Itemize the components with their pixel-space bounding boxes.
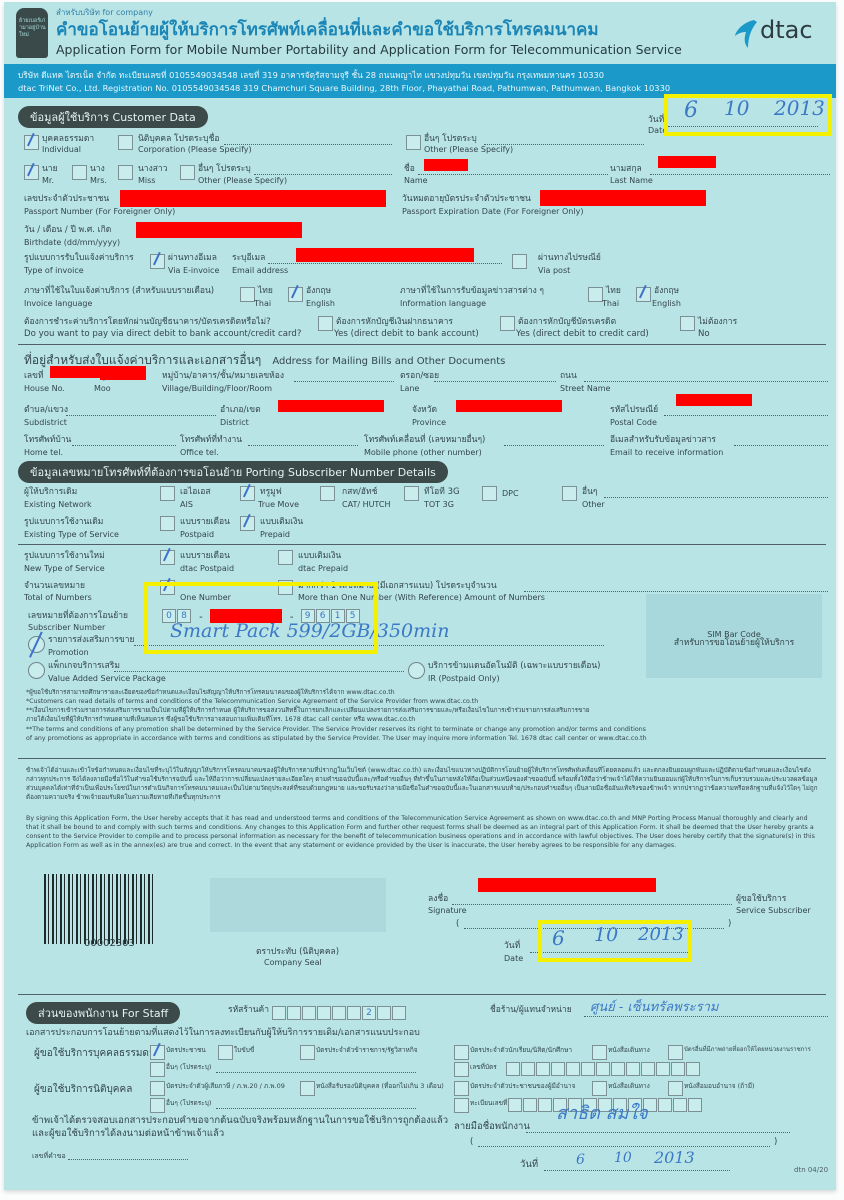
new-type-label-en: New Type of Service — [24, 564, 105, 573]
doc-license-checkbox[interactable] — [218, 1045, 233, 1060]
mr-checkbox[interactable] — [24, 165, 39, 180]
lastname-label-en: Last Name — [610, 176, 653, 185]
miss-label-en: Miss — [138, 176, 155, 185]
mr-label-en: Mr. — [42, 176, 54, 185]
cat-label-en: CAT/ HUTCH — [342, 500, 390, 509]
tot-label: ทีโอที 3G — [424, 488, 460, 498]
doc-passport-label: หนังสือเดินทาง — [608, 1047, 650, 1054]
shop-code-label: รหัสร้านค้า — [228, 1006, 269, 1016]
truemove-checkbox[interactable] — [240, 486, 255, 501]
debit-bank-label: ต้องการหักบัญชีเงินฝากธนาคาร — [336, 318, 453, 328]
einvoice-checkbox[interactable] — [150, 254, 165, 269]
verify-text-2: และผู้ขอใช้บริการได้ลงนามต่อหน้าข้าพเจ้า… — [32, 1129, 224, 1140]
dtac-logo-icon — [734, 18, 756, 48]
sim-barcode-label-th: สำหรับการขอโอนย้ายผู้ให้บริการ — [646, 639, 822, 649]
district-redacted[interactable] — [278, 400, 384, 412]
verify-text-1: ข้าพเจ้าได้ตรวจสอบเอกสารประกอบคำขอจากต้น… — [32, 1116, 448, 1127]
truemove-label: ทรูมูฟ — [260, 488, 282, 498]
debit-no-label-en: No — [698, 330, 710, 340]
info-thai-label-en: Thai — [602, 299, 619, 308]
service-subscriber-label: ผู้ขอใช้บริการ — [736, 895, 786, 905]
ir-label-en: IR (Postpaid Only) — [428, 674, 500, 683]
existing-network-label-en: Existing Network — [24, 500, 92, 509]
staff-section-title: ส่วนของพนักงาน For Staff — [26, 1002, 180, 1024]
other-type-label: อื่นๆ โปรดระบุ — [424, 135, 477, 145]
address-th: บริษัท ดีแทค ไตรเน็ต จำกัด ทะเบียนเลขที่… — [18, 68, 604, 82]
einvoice-label: ผ่านทางอีเมล — [168, 254, 217, 264]
ais-checkbox[interactable] — [160, 486, 175, 501]
customer-data-title: ข้อมูลผู้ใช้บริการ Customer Data — [18, 106, 208, 128]
company-address-banner: บริษัท ดีแทค ไตรเน็ต จำกัด ทะเบียนเลขที่… — [4, 64, 836, 98]
shop-code-box[interactable] — [347, 1006, 361, 1020]
corporation-label: นิติบุคคล โปรดระบุชื่อ — [138, 135, 219, 145]
subscriber-number-label: เลขหมายที่ต้องการโอนย้าย — [28, 612, 128, 622]
sim-barcode-area: SIM Bar Code สำหรับการขอโอนย้ายผู้ให้บริ… — [646, 594, 822, 678]
new-postpaid-checkbox[interactable] — [160, 550, 175, 565]
title-other-checkbox[interactable] — [180, 165, 195, 180]
receipt-label: เลขที่คำขอ — [32, 1152, 66, 1160]
doc-card-number-label: เลขที่บัตร — [470, 1064, 497, 1071]
doc-gov-card-label: บัตรประจำตัวข้าราชการ/รัฐวิสาหกิจ — [316, 1047, 418, 1054]
name-field-redacted[interactable] — [424, 159, 468, 171]
barcode-number: 00002303 — [84, 938, 135, 949]
direct-debit-question: ต้องการชำระค่าบริการโดยหักผ่านบัญชีธนาคา… — [24, 318, 271, 328]
info-language-label-en: Information language — [400, 299, 486, 308]
lastname-field-redacted[interactable] — [658, 156, 716, 168]
doc-id-card-label: บัตรประชาชน — [166, 1047, 206, 1054]
note-th-3: ภายใต้เงื่อนไขที่ผู้ให้บริการกำหนดตามที่… — [26, 715, 826, 724]
doc-corp-other-label: อื่นๆ (โปรดระบุ) — [166, 1100, 211, 1107]
direct-debit-question-en: Do you want to pay via direct debit to b… — [24, 330, 301, 340]
doc-reg-number-label: ทะเบียนเลขที่ — [470, 1100, 507, 1107]
card-number-boxes[interactable] — [506, 1058, 701, 1077]
ir-radio[interactable] — [408, 662, 425, 679]
expiry-label: วันหมดอายุบัตรประจำตัวประชาชน — [402, 195, 531, 205]
mrs-checkbox[interactable] — [72, 165, 87, 180]
staff-signature-label: ลายมือชื่อพนักงาน — [454, 1122, 530, 1133]
title-other-label-en: Other (Please Specify) — [198, 176, 287, 185]
shop-code-box[interactable] — [332, 1006, 346, 1020]
doc-poa-label: หนังสือมอบอำนาจ (ถ้ามี) — [684, 1083, 755, 1090]
doc-tax-card-label: บัตรประจำตัวผู้เสียภาษี / ภ.พ.20 / ภ.พ.0… — [166, 1083, 285, 1090]
other-type-checkbox[interactable] — [406, 135, 421, 150]
lane-label-en: Lane — [400, 384, 419, 393]
vas-label: แพ็กเกจบริการเสริม — [48, 662, 120, 672]
note-th-2: **เงื่อนไขการเข้าร่วมรายการส่งเสริมการขา… — [26, 706, 826, 715]
expiry-field-redacted[interactable] — [540, 190, 706, 206]
existing-prepaid-label: แบบเติมเงิน — [260, 518, 303, 528]
staff-docs-heading: เอกสารประกอบการโอนย้ายตามที่แสดงไว้ในการ… — [26, 1028, 420, 1038]
info-thai-checkbox[interactable] — [588, 287, 603, 302]
invoice-english-checkbox[interactable] — [288, 287, 303, 302]
post-label: ผ่านทางไปรษณีย์ — [538, 254, 601, 264]
house-no-label-en: House No. — [24, 384, 65, 393]
debit-bank-checkbox[interactable] — [318, 316, 333, 331]
doc-student-label: บัตรประจำตัวนักเรียน/นิสิต/นักศึกษา — [470, 1047, 572, 1054]
shop-code-box[interactable] — [287, 1006, 301, 1020]
corporation-checkbox[interactable] — [118, 135, 133, 150]
staff-individual-label: ผู้ขอใช้บริการบุคคลธรรมดา — [34, 1048, 155, 1060]
dpc-checkbox[interactable] — [482, 486, 497, 501]
post-label-en: Via post — [538, 266, 570, 275]
debit-card-label-en: Yes (direct debit to credit card) — [516, 330, 649, 340]
service-subscriber-label-en: Service Subscriber — [736, 906, 811, 915]
existing-type-label: รูปแบบการใช้งานเดิม — [24, 518, 103, 528]
id-label-en: Passport Number (For Foreigner Only) — [24, 207, 175, 216]
highlight-signature-date — [538, 920, 692, 962]
existing-prepaid-label-en: Prepaid — [260, 530, 290, 539]
invoice-thai-label: ไทย — [258, 287, 273, 297]
doc-id-card-checkbox[interactable] — [150, 1045, 165, 1060]
new-postpaid-label-en: dtac Postpaid — [180, 564, 234, 573]
office-tel-label: โทรศัพท์ที่ทำงาน — [180, 436, 242, 446]
other-network-label-en: Other — [582, 500, 605, 509]
doc-gov-card-checkbox[interactable] — [300, 1045, 315, 1060]
doc-auth-id-label: บัตรประจำตัวประชาชนของผู้มีอำนาจ — [470, 1083, 575, 1090]
logo-badge: ย้ายเบอร์เก่ามาอยู่บ้านใหม่ — [16, 8, 48, 58]
shop-name-value[interactable]: ศูนย์ - เซ็นทรัลพระราม — [590, 996, 718, 1017]
postal-label-en: Postal Code — [610, 418, 657, 427]
doc-corp-cert-label: หนังสือรับรองนิติบุคคล (ที่ออกไม่เกิน 3 … — [316, 1083, 444, 1090]
total-numbers-label: จำนวนเลขหมาย — [24, 582, 85, 592]
birthdate-field-redacted[interactable] — [136, 222, 302, 238]
porting-section-title: ข้อมูลเลขหมายโทรศัพท์ที่ต้องการขอโอนย้าย… — [18, 461, 448, 483]
form-code: dtn 04/20 — [794, 1166, 828, 1174]
form-title-en: Application Form for Mobile Number Porta… — [56, 42, 682, 57]
doc-corp-passport-label: หนังสือเดินทาง — [608, 1083, 650, 1090]
invoice-thai-label-en: Thai — [254, 299, 271, 308]
doc-photo-card-label: บัตรอื่นที่มีภาพถ่ายที่ออกให้โดยหน่วยงาน… — [684, 1047, 811, 1054]
dtac-brand: dtac — [760, 16, 813, 44]
new-prepaid-label-en: dtac Prepaid — [298, 564, 348, 573]
postal-redacted[interactable] — [676, 394, 752, 406]
new-postpaid-label: แบบรายเดือน — [180, 552, 230, 562]
doc-corp-cert-checkbox[interactable] — [300, 1081, 315, 1096]
staff-date-label: วันที่ — [520, 1160, 538, 1171]
info-thai-label: ไทย — [606, 287, 621, 297]
address-en: dtac TriNet Co., Ltd. Registration No. 0… — [18, 83, 670, 93]
total-numbers-label-en: Total of Numbers — [24, 593, 92, 602]
info-english-label-en: English — [652, 299, 681, 308]
consent-th: ข้าพเจ้าได้อ่านและเข้าใจข้อกำหนดและเงื่อ… — [26, 766, 822, 803]
shop-code-box[interactable] — [302, 1006, 316, 1020]
cat-label: กสท/ฮัทช์ — [342, 488, 377, 498]
doc-corp-other-checkbox[interactable] — [150, 1098, 165, 1113]
ais-label-en: AIS — [180, 500, 193, 509]
existing-postpaid-checkbox[interactable] — [160, 516, 175, 531]
home-tel-label: โทรศัพท์บ้าน — [24, 436, 71, 446]
house-no-redacted[interactable] — [50, 366, 100, 378]
existing-type-label-en: Existing Type of Service — [24, 530, 119, 539]
street-label-en: Street Name — [560, 384, 610, 393]
address-title-th: ที่อยู่สำหรับส่งใบแจ้งค่าบริการและเอกสาร… — [24, 353, 261, 367]
other-type-label-en: Other (Please Specify) — [424, 145, 513, 154]
name-label-en: Name — [404, 176, 428, 185]
debit-card-label: ต้องการหักบัญชีบัตรเครดิต — [518, 318, 616, 328]
invoice-type-label: รูปแบบการรับใบแจ้งค่าบริการ — [24, 254, 134, 264]
miss-checkbox[interactable] — [118, 165, 133, 180]
debit-bank-label-en: Yes (direct debit to bank account) — [334, 330, 479, 340]
existing-network-label: ผู้ให้บริการเดิม — [24, 488, 77, 498]
signature-date-label: วันที่ — [504, 942, 520, 952]
subdistrict-label: ตำบล/แขวง — [24, 406, 68, 416]
invoice-thai-checkbox[interactable] — [240, 287, 255, 302]
info-email-label-en: Email to receive information — [610, 448, 723, 457]
lastname-label: นามสกุล — [610, 165, 642, 175]
new-type-label: รูปแบบการใช้งานใหม่ — [24, 552, 105, 562]
ais-label: เอไอเอส — [180, 488, 211, 498]
signature-redacted[interactable] — [478, 878, 656, 892]
house-no-label: เลขที่ — [24, 372, 44, 382]
invoice-english-label: อังกฤษ — [306, 287, 331, 297]
title-other-label: อื่นๆ โปรดระบุ — [198, 165, 251, 175]
form-title-th: คำขอโอนย้ายผู้ให้บริการโทรศัพท์เคลื่อนที… — [56, 16, 599, 43]
moo-redacted[interactable] — [100, 366, 146, 380]
doc-student-checkbox[interactable] — [454, 1045, 469, 1060]
ir-label: บริการข้ามแดนอัตโนมัติ (เฉพาะแบบรายเดือน… — [428, 662, 600, 672]
staff-date-year[interactable]: 2013 — [654, 1148, 695, 1167]
promotion-label: รายการส่งเสริมการขาย — [48, 636, 134, 646]
mrs-label: นาง — [90, 165, 105, 175]
note-en-3: of any promotions as appropriate in acco… — [26, 734, 826, 743]
shop-code-box[interactable] — [377, 1006, 391, 1020]
shop-code-box[interactable] — [272, 1006, 286, 1020]
street-label: ถนน — [560, 372, 577, 382]
company-seal-label-en: Company Seal — [264, 958, 322, 967]
staff-date-day[interactable]: 6 — [576, 1152, 585, 1168]
doc-license-label: ใบขับขี่ — [234, 1047, 254, 1054]
individual-label-en: Individual — [42, 145, 81, 154]
mobile-label-en: Mobile phone (other number) — [364, 448, 482, 457]
tot-checkbox[interactable] — [404, 486, 419, 501]
individual-checkbox[interactable] — [24, 135, 39, 150]
shop-code-box[interactable] — [317, 1006, 331, 1020]
truemove-label-en: True Move — [258, 500, 299, 509]
id-label: เลขประจำตัวประชาชน — [24, 195, 109, 205]
shop-code-box[interactable]: 2 — [362, 1006, 376, 1020]
doc-reg-number-checkbox[interactable] — [454, 1098, 469, 1113]
shop-code-field[interactable]: 2 — [272, 1002, 407, 1021]
company-seal-label: ตราประทับ (นิติบุคคล) — [256, 948, 339, 958]
invoice-language-label: ภาษาที่ใช้ในใบแจ้งค่าบริการ (สำหรับแบบรา… — [24, 287, 214, 297]
doc-card-number-checkbox[interactable] — [454, 1062, 469, 1077]
other-network-label: อื่นๆ — [582, 488, 597, 498]
province-redacted[interactable] — [456, 400, 562, 412]
vas-radio[interactable] — [28, 662, 45, 679]
moo-label-en: Moo — [94, 384, 111, 393]
doc-other-checkbox[interactable] — [150, 1062, 165, 1077]
tot-label-en: TOT 3G — [424, 500, 454, 509]
debit-card-checkbox[interactable] — [500, 316, 515, 331]
promotion-label-en: Promotion — [48, 648, 89, 657]
date-label-th: วันที่ — [648, 116, 664, 126]
doc-tax-card-checkbox[interactable] — [150, 1081, 165, 1096]
info-english-checkbox[interactable] — [636, 287, 651, 302]
postal-label: รหัสไปรษณีย์ — [610, 406, 658, 416]
info-language-label: ภาษาที่ใช้ในการรับข้อมูลข่าวสารต่าง ๆ — [400, 287, 544, 297]
cat-checkbox[interactable] — [320, 486, 335, 501]
barcode — [44, 874, 156, 944]
mobile-label: โทรศัพท์เคลื่อนที่ (เลขหมายอื่นๆ) — [364, 436, 485, 446]
info-english-label: อังกฤษ — [654, 287, 679, 297]
doc-auth-id-checkbox[interactable] — [454, 1081, 469, 1096]
village-label-en: Village/Building/Floor/Room — [162, 384, 272, 393]
dpc-label: DPC — [502, 489, 519, 498]
existing-prepaid-checkbox[interactable] — [240, 516, 255, 531]
district-label-en: District — [220, 418, 249, 427]
signature-label: ลงชื่อ — [428, 895, 448, 905]
id-field-redacted[interactable] — [120, 190, 386, 207]
invoice-type-label-en: Type of invoice — [24, 266, 84, 275]
invoice-language-label-en: Invoice language — [24, 299, 92, 308]
application-form: ย้ายเบอร์เก่ามาอยู่บ้านใหม่ สำหรับบริษัท… — [4, 2, 836, 1190]
province-label: จังหวัด — [412, 406, 437, 416]
email-label-en: Email address — [232, 266, 288, 275]
company-seal-area — [210, 878, 386, 932]
shop-code-box[interactable] — [392, 1006, 406, 1020]
miss-label: นางสาว — [138, 165, 167, 175]
existing-postpaid-label: แบบรายเดือน — [180, 518, 230, 528]
address-title-en: Address for Mailing Bills and Other Docu… — [272, 356, 505, 367]
new-prepaid-label: แบบเติมเงิน — [298, 552, 341, 562]
shop-name-label: ชื่อร้าน/ผู้แทนจำหน่าย — [490, 1006, 572, 1016]
staff-date-month[interactable]: 10 — [614, 1150, 632, 1166]
province-label-en: Province — [412, 418, 446, 427]
birthdate-label: วัน / เดือน / ปี พ.ศ. เกิด — [24, 226, 111, 236]
note-en-2: **The terms and conditions of any promot… — [26, 725, 826, 734]
staff-signature-value[interactable]: สาธิต สมใจ — [556, 1098, 648, 1127]
consent-en: By signing this Application Form, the Us… — [26, 814, 822, 851]
staff-corporate-label: ผู้ขอใช้บริการนิติบุคคล — [34, 1084, 132, 1096]
note-th-1: *ผู้ขอใช้บริการสามารถศึกษารายละเอียดของข… — [26, 688, 826, 697]
subdistrict-label-en: Subdistrict — [24, 418, 67, 427]
individual-label: บุคคลธรรมดา — [42, 135, 94, 145]
corporation-label-en: Corporation (Please Specify) — [138, 145, 252, 154]
signature-date-label-en: Date — [504, 954, 523, 963]
highlight-date — [664, 94, 832, 136]
email-label: ระบุอีเมล — [232, 254, 265, 264]
highlight-subscriber — [144, 582, 378, 654]
mr-label: นาย — [42, 165, 58, 175]
expiry-label-en: Passport Expiration Date (For Foreigner … — [402, 207, 583, 216]
other-network-checkbox[interactable] — [562, 486, 577, 501]
debit-no-checkbox[interactable] — [680, 316, 695, 331]
vas-label-en: Value Added Service Package — [48, 674, 166, 683]
village-label: หมู่บ้าน/อาคาร/ชั้น/หมายเลขห้อง — [162, 372, 284, 382]
existing-postpaid-label-en: Postpaid — [180, 530, 214, 539]
logo-badge-text: ย้ายเบอร์เก่ามาอยู่บ้านใหม่ — [16, 8, 48, 39]
debit-no-label: ไม่ต้องการ — [698, 318, 737, 328]
note-en-1: *Customers can read details of terms and… — [26, 697, 826, 706]
office-tel-label-en: Office tel. — [180, 448, 219, 457]
doc-other-label: อื่นๆ (โปรดระบุ) — [166, 1064, 211, 1071]
einvoice-label-en: Via E-invoice — [168, 266, 219, 275]
info-email-label: อีเมลสำหรับรับข้อมูลข่าวสาร — [610, 436, 716, 446]
mrs-label-en: Mrs. — [90, 176, 107, 185]
district-label: อำเภอ/เขต — [220, 406, 261, 416]
email-field-redacted[interactable] — [296, 248, 474, 262]
name-label: ชื่อ — [404, 165, 415, 175]
notes: *ผู้ขอใช้บริการสามารถศึกษารายละเอียดของข… — [26, 688, 826, 743]
birthdate-label-en: Birthdate (dd/mm/yyyy) — [24, 238, 120, 247]
signature-label-en: Signature — [428, 906, 467, 915]
new-prepaid-checkbox[interactable] — [278, 550, 293, 565]
invoice-english-label-en: English — [306, 299, 335, 308]
home-tel-label-en: Home tel. — [24, 448, 63, 457]
post-checkbox[interactable] — [512, 254, 527, 269]
